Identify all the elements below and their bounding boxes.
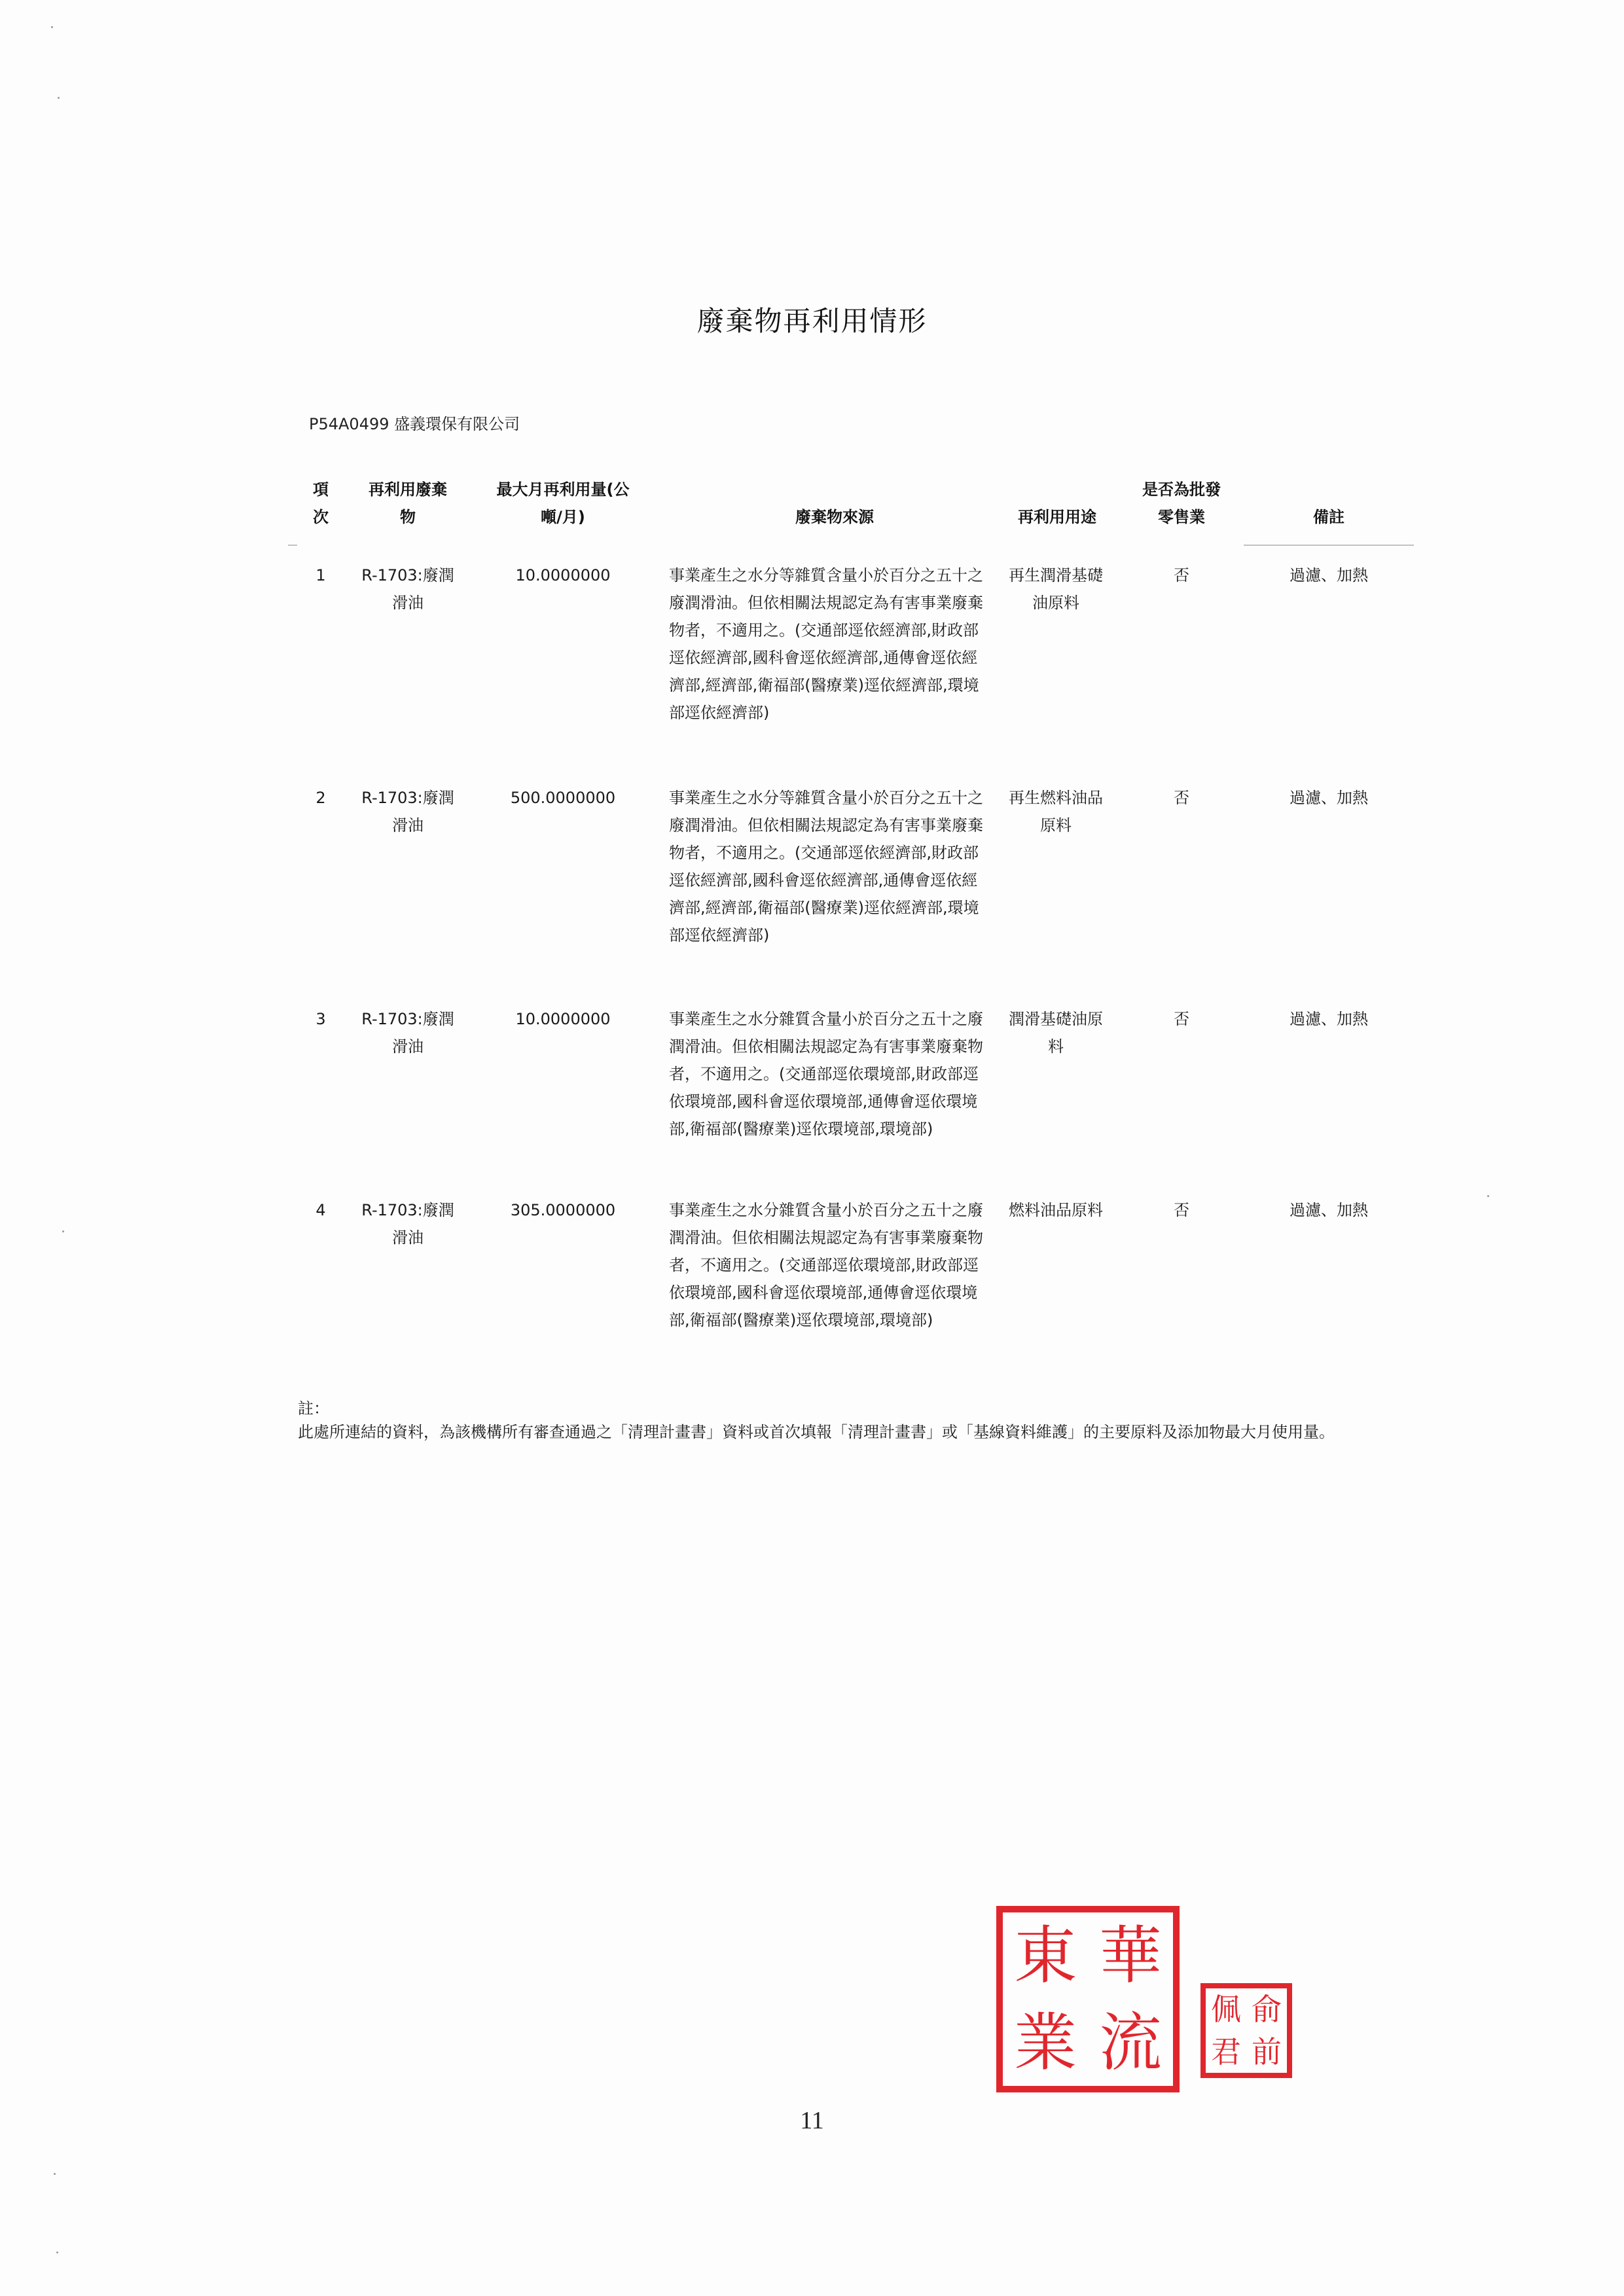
row-waste-source: 事業產生之水分雜質含量小於百分之五十之廢潤滑油。但依相關法規認定為有害事業廢棄物… — [669, 1005, 983, 1143]
header-code-line2: 物 — [359, 503, 457, 531]
scan-speck — [51, 26, 53, 28]
seal-char: 華 — [1099, 1924, 1162, 1987]
scan-speck — [58, 97, 60, 99]
header-code-line1: 再利用廢棄 — [359, 476, 457, 503]
row-remarks: 過濾、加熱 — [1263, 562, 1394, 589]
row-waste-source: 事業產生之水分等雜質含量小於百分之五十之廢潤滑油。但依相關法規認定為有害事業廢棄… — [669, 784, 983, 949]
row-waste-code: R-1703:廢潤滑油 — [359, 784, 457, 839]
header-no-line2: 次 — [308, 503, 334, 531]
header-reuse-purpose: 再利用用途 — [1001, 503, 1113, 531]
header-no: 項 次 — [308, 476, 334, 531]
header-is-wholesale-retail: 是否為批發 零售業 — [1126, 476, 1237, 531]
row-reuse-purpose: 潤滑基礎油原料 — [1007, 1005, 1105, 1060]
header-retail-line2: 零售業 — [1126, 503, 1237, 531]
row-no: 1 — [308, 562, 334, 589]
header-waste-code: 再利用廢棄 物 — [359, 476, 457, 531]
company-id-name: P54A0499 盛義環保有限公司 — [309, 411, 520, 434]
page-title: 廢棄物再利用情形 — [0, 300, 1624, 339]
row-is-retail: 否 — [1142, 784, 1221, 812]
seal-char: 業 — [1014, 2011, 1077, 2074]
row-waste-code: R-1703:廢潤滑油 — [359, 1196, 457, 1251]
scan-mark — [288, 545, 297, 546]
scan-speck — [56, 2251, 58, 2253]
personal-seal-stamp: 佩 俞 君 前 — [1200, 1983, 1292, 2078]
row-reuse-purpose: 再生燃料油品原料 — [1007, 784, 1105, 839]
scan-speck — [54, 2173, 56, 2175]
header-waste-source: 廢棄物來源 — [753, 503, 916, 531]
seal-char: 流 — [1099, 2011, 1162, 2074]
seal-char: 君 — [1211, 2037, 1241, 2067]
row-no: 3 — [308, 1005, 334, 1033]
row-remarks: 過濾、加熱 — [1263, 1005, 1394, 1033]
scan-speck — [1487, 1195, 1489, 1197]
footnote-label: 註： — [298, 1395, 329, 1418]
row-is-retail: 否 — [1142, 1196, 1221, 1224]
row-max-qty: 500.0000000 — [488, 784, 638, 812]
page-number: 11 — [0, 2106, 1624, 2135]
row-is-retail: 否 — [1142, 562, 1221, 589]
row-is-retail: 否 — [1142, 1005, 1221, 1033]
scan-speck — [62, 1230, 64, 1232]
row-max-qty: 10.0000000 — [488, 562, 638, 589]
row-max-qty: 10.0000000 — [488, 1005, 638, 1033]
row-waste-source: 事業產生之水分等雜質含量小於百分之五十之廢潤滑油。但依相關法規認定為有害事業廢棄… — [669, 562, 983, 726]
header-qty-line1: 最大月再利用量(公 — [481, 476, 645, 503]
footnote-text: 此處所連結的資料，為該機構所有審查通過之「清理計畫書」資料或首次填報「清理計畫書… — [298, 1419, 1424, 1445]
row-reuse-purpose: 再生潤滑基礎油原料 — [1007, 562, 1105, 617]
row-no: 4 — [308, 1196, 334, 1224]
scan-mark — [1244, 545, 1414, 546]
row-no: 2 — [308, 784, 334, 812]
row-remarks: 過濾、加熱 — [1263, 1196, 1394, 1224]
seal-char: 俞 — [1252, 1994, 1282, 2024]
header-retail-line1: 是否為批發 — [1126, 476, 1237, 503]
header-max-monthly-qty: 最大月再利用量(公 噸/月) — [481, 476, 645, 531]
header-no-line1: 項 — [308, 476, 334, 503]
header-qty-line2: 噸/月) — [481, 503, 645, 531]
row-remarks: 過濾、加熱 — [1263, 784, 1394, 812]
row-waste-source: 事業產生之水分雜質含量小於百分之五十之廢潤滑油。但依相關法規認定為有害事業廢棄物… — [669, 1196, 983, 1334]
row-reuse-purpose: 燃料油品原料 — [1007, 1196, 1105, 1224]
company-seal-stamp: 東 華 業 流 — [996, 1906, 1180, 2092]
seal-char: 東 — [1014, 1924, 1077, 1987]
row-waste-code: R-1703:廢潤滑油 — [359, 1005, 457, 1060]
row-max-qty: 305.0000000 — [488, 1196, 638, 1224]
seal-char: 佩 — [1211, 1994, 1241, 2024]
seal-char: 前 — [1252, 2037, 1282, 2067]
header-remarks: 備註 — [1263, 503, 1394, 531]
row-waste-code: R-1703:廢潤滑油 — [359, 562, 457, 617]
